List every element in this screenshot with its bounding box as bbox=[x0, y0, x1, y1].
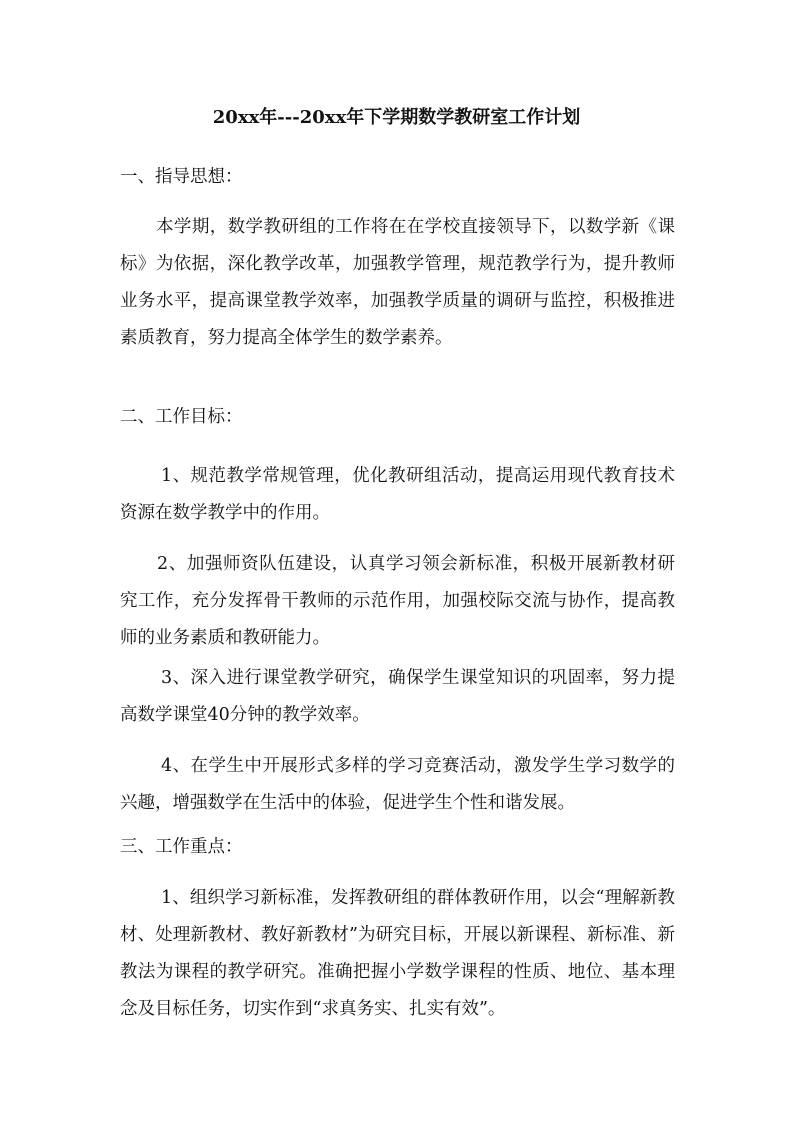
section-heading-guiding-ideology: 一、指导思想： bbox=[120, 165, 243, 189]
paragraph-guiding-ideology: 本学期，数学教研组的工作将在在学校直接领导下，以数学新《课标》为依据，深化教学改… bbox=[120, 209, 675, 357]
document-title: 20xx年---20xx年下学期数学教研室工作计划 bbox=[0, 104, 793, 132]
section-heading-work-goals: 二、工作目标： bbox=[120, 405, 243, 429]
paragraph-goal-3: 3、深入进行课堂教学研究，确保学生课堂知识的巩固率，努力提高数学课堂40分钟的教… bbox=[120, 660, 675, 734]
paragraph-focus-1: 1、组织学习新标准，发挥教研组的群体教研作用，以会“理解新教材、处理新教材、教好… bbox=[120, 880, 675, 1028]
paragraph-goal-4: 4、在学生中开展形式多样的学习竞赛活动，激发学生学习数学的兴趣，增强数学在生活中… bbox=[120, 748, 675, 822]
document-page: 20xx年---20xx年下学期数学教研室工作计划 一、指导思想： 本学期，数学… bbox=[0, 0, 793, 1122]
paragraph-goal-2: 2、加强师资队伍建设，认真学习领会新标准，积极开展新教材研究工作，充分发挥骨干教… bbox=[120, 546, 675, 657]
section-heading-work-focus: 三、工作重点： bbox=[120, 835, 243, 859]
paragraph-goal-1: 1、规范教学常规管理，优化教研组活动，提高运用现代教育技术资源在数学教学中的作用… bbox=[120, 458, 675, 532]
